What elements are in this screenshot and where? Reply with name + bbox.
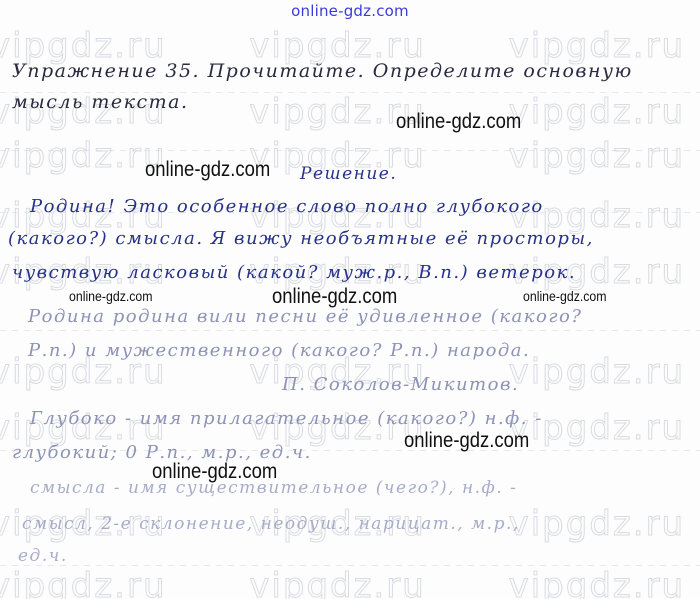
overlay-watermark: online-gdz.com — [69, 288, 153, 304]
solution-line: Родина родина вили песни её удивленное (… — [28, 306, 582, 327]
task-line-2: мысль текста. — [12, 91, 188, 113]
watermark-row: vipgdz.ru vipgdz.ru vipgdz.ru vipgdz.ru — [0, 566, 700, 599]
overlay-watermark: online-gdz.com — [396, 110, 521, 134]
overlay-watermark: online-gdz.com — [523, 288, 607, 304]
solution-line: чувствую ласковый (какой? муж.р., В.п.) … — [12, 262, 576, 283]
solution-line: Родина! Это особенное слово полно глубок… — [30, 196, 544, 217]
solution-heading: Решение. — [300, 164, 397, 184]
overlay-watermark: online-gdz.com — [145, 158, 270, 182]
solution-line: Глубоко - имя прилагательное (какого?) н… — [30, 408, 543, 429]
solution-line: Р.п.) и мужественного (какого? Р.п.) нар… — [28, 340, 530, 361]
overlay-watermark: online-gdz.com — [152, 460, 277, 484]
solution-line: (какого?) смысла. Я вижу необъятные её п… — [8, 228, 594, 249]
solution-author: П. Соколов-Микитов. — [282, 374, 519, 395]
overlay-watermark: online-gdz.com — [404, 429, 529, 453]
overlay-watermark: online-gdz.com — [272, 285, 397, 309]
task-line-1: Упражнение 35. Прочитайте. Определите ос… — [12, 60, 633, 82]
homework-page: online-gdz.com vipgdz.ru vipgdz.ru vipgd… — [0, 0, 700, 599]
solution-line: ед.ч. — [18, 546, 68, 566]
solution-line: смысл, 2-е склонение, неодуш., нарицат.,… — [22, 514, 520, 534]
site-header-link[interactable]: online-gdz.com — [0, 2, 700, 20]
ruled-line — [0, 330, 700, 331]
